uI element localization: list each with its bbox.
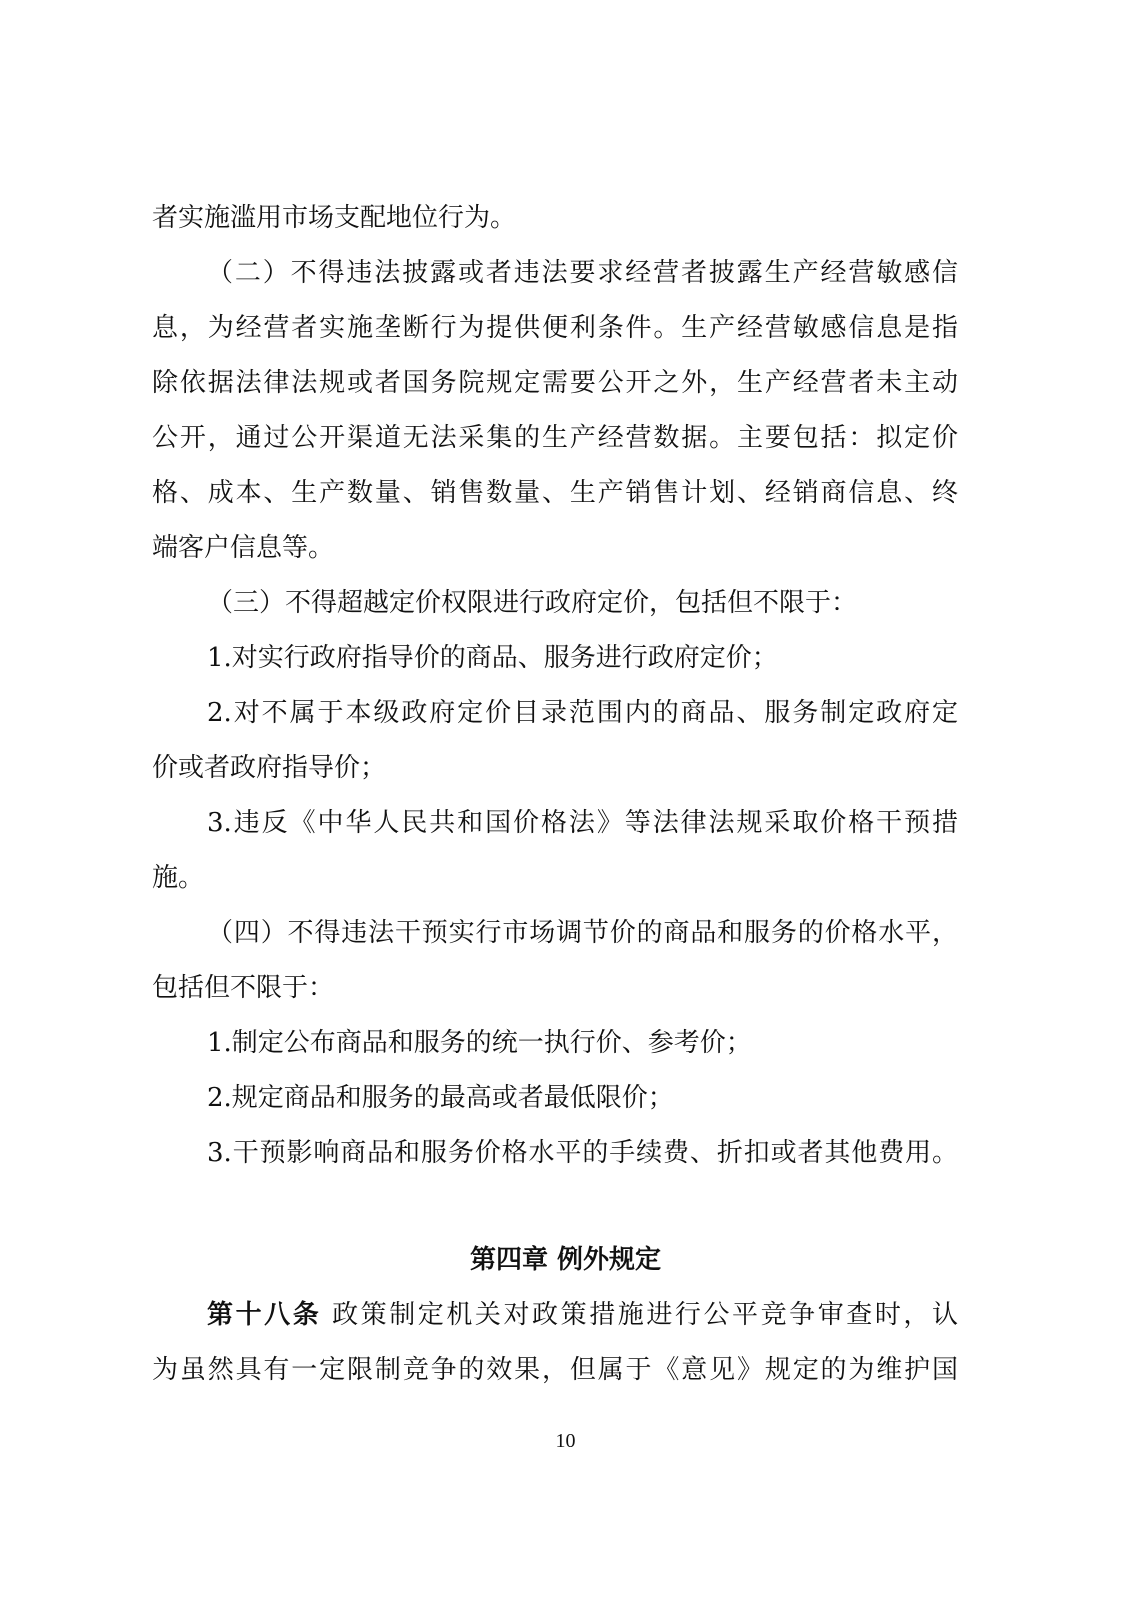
article-text: 政策制定机关对政策措施进行公平竞争审查时，认 [321,1300,958,1330]
paragraph-line: 价或者政府指导价； [152,753,958,783]
paragraph-line: 施。 [152,863,958,893]
paragraph-line: （三）不得超越定价权限进行政府定价，包括但不限于： [207,588,958,618]
paragraph-line: 除依据法律法规或者国务院规定需要公开之外，生产经营者未主动 [152,368,958,398]
paragraph-line: 者实施滥用市场支配地位行为。 [152,203,958,233]
paragraph-line: 息，为经营者实施垄断行为提供便利条件。生产经营敏感信息是指 [152,313,958,343]
document-page: 者实施滥用市场支配地位行为。 （二）不得违法披露或者违法要求经营者披露生产经营敏… [0,0,1131,1600]
page-number: 10 [0,1430,1131,1453]
paragraph-line: 公开，通过公开渠道无法采集的生产经营数据。主要包括：拟定价 [152,423,958,453]
article-label: 第十八条 [207,1300,321,1330]
paragraph-line: 端客户信息等。 [152,533,958,563]
paragraph-line: 包括但不限于： [152,973,958,1003]
paragraph-line: 格、成本、生产数量、销售数量、生产销售计划、经销商信息、终 [152,478,958,508]
list-item: 1.对实行政府指导价的商品、服务进行政府定价； [207,643,958,673]
paragraph-line: （四）不得违法干预实行市场调节价的商品和服务的价格水平， [207,918,958,948]
article-line: 第十八条 政策制定机关对政策措施进行公平竞争审查时，认 [207,1300,958,1330]
chapter-heading: 第四章 例外规定 [0,1245,1131,1275]
list-item: 2.对不属于本级政府定价目录范围内的商品、服务制定政府定 [207,698,958,728]
list-item: 1.制定公布商品和服务的统一执行价、参考价； [207,1028,958,1058]
paragraph-line: （二）不得违法披露或者违法要求经营者披露生产经营敏感信 [207,258,958,288]
list-item: 3.干预影响商品和服务价格水平的手续费、折扣或者其他费用。 [207,1138,958,1168]
paragraph-line: 为虽然具有一定限制竞争的效果，但属于《意见》规定的为维护国 [152,1355,958,1385]
list-item: 3.违反《中华人民共和国价格法》等法律法规采取价格干预措 [207,808,958,838]
list-item: 2.规定商品和服务的最高或者最低限价； [207,1083,958,1113]
